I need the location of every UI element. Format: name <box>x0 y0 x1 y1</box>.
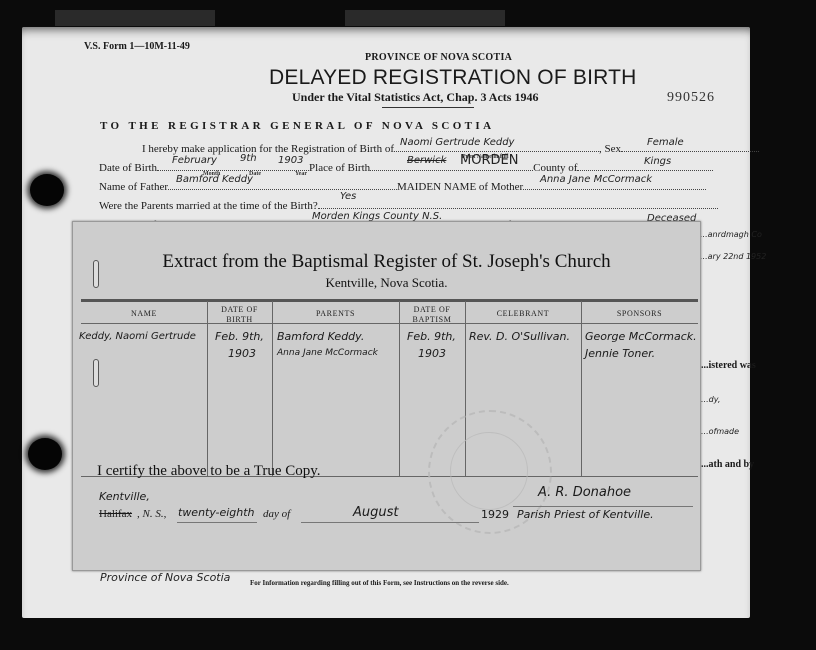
certified-day: twenty-eighth <box>178 504 255 521</box>
column-header-parents: PARENTS <box>272 309 399 319</box>
baptismal-extract-card: Extract from the Baptismal Register of S… <box>72 221 701 571</box>
place-struck: Halifax <box>99 506 132 523</box>
extract-subtitle: Kentville, Nova Scotia. <box>73 275 700 291</box>
column-divider <box>272 301 273 477</box>
cell-parents-father: Bamford Keddy. <box>277 328 364 345</box>
binder-hole-top <box>30 174 64 206</box>
margin-fragment-3: ...istered was <box>701 360 756 371</box>
province-heading: PROVINCE OF NOVA SCOTIA <box>365 52 512 63</box>
child-name-value: Naomi Gertrude Keddy <box>400 137 514 148</box>
form-title: DELAYED REGISTRATION OF BIRTH <box>269 66 637 90</box>
form-number: V.S. Form 1—10M-11-49 <box>84 41 190 52</box>
place-struck-value: Berwick <box>407 155 446 166</box>
father-label: Name of Father <box>99 181 168 193</box>
county-value: Kings <box>644 156 671 167</box>
mother-value: Anna Jane McCormack <box>540 174 652 185</box>
mother-label: MAIDEN NAME of Mother <box>397 181 523 193</box>
certify-statement: I certify the above to be a True Copy. <box>97 463 321 480</box>
scanner-edge-right <box>345 10 505 26</box>
cell-dob-line1: Feb. 9th, <box>215 328 264 345</box>
certified-month: August <box>353 504 399 521</box>
month-line <box>301 522 479 523</box>
place-label: Place of Birth <box>309 162 370 174</box>
column-header-date-of-baptism: DATE OF BAPTISM <box>399 305 465 325</box>
sex-label: , Sex <box>599 143 621 155</box>
dob-month-value: February <box>172 155 217 166</box>
dob-year-value: 1903 <box>278 155 303 166</box>
place-suffix: , N. S., <box>137 506 166 523</box>
paperclip-bottom <box>93 359 99 387</box>
column-header-date-of-birth: DATE OF BIRTH <box>207 305 272 325</box>
sex-value: Female <box>647 137 684 148</box>
column-divider <box>207 301 208 477</box>
column-divider <box>399 301 400 477</box>
cell-dob-line2: 1903 <box>228 345 256 362</box>
year-hint: Year <box>295 171 307 177</box>
day-of-label: day of <box>263 506 290 523</box>
column-header-celebrant: CELEBRANT <box>465 309 581 319</box>
title-rule <box>382 107 474 108</box>
cell-sponsor-2: Jennie Toner. <box>585 345 655 362</box>
form-subtitle: Under the Vital Statistics Act, Chap. 3 … <box>292 90 538 105</box>
signature: A. R. Donahoe <box>538 484 631 501</box>
father-value: Bamford Keddy <box>176 174 253 185</box>
margin-fragment-2: ...ary 22nd 1952 <box>700 252 766 261</box>
dob-label: Date of Birth <box>99 162 157 174</box>
binder-hole-bottom <box>28 438 62 470</box>
married-row: Were the Parents married at the time of … <box>99 197 718 212</box>
bottom-handwriting: Province of Nova Scotia <box>100 571 230 584</box>
column-header-name: NAME <box>81 309 207 319</box>
table-header-rule <box>81 323 698 324</box>
county-label: County of <box>533 162 577 174</box>
column-header-sponsors: SPONSORS <box>581 309 698 319</box>
cell-sponsor-1: George McCormack. <box>585 328 697 345</box>
place-value: MORDEN <box>460 153 518 168</box>
margin-fragment-6: ...ath and by <box>701 459 754 470</box>
scanner-edge-left <box>55 10 215 26</box>
margin-fragment-1: ...anrdmagh Co <box>700 230 762 239</box>
married-value: Yes <box>340 191 356 202</box>
cell-celebrant: Rev. D. O'Sullivan. <box>469 328 570 345</box>
certified-year: 1929 <box>481 506 509 523</box>
cell-baptism-line1: Feb. 9th, <box>407 328 456 345</box>
column-divider <box>581 301 582 477</box>
application-label: I hereby make application for the Regist… <box>142 143 394 155</box>
dob-date-value: 9th <box>240 153 257 164</box>
cell-baptism-line2: 1903 <box>418 345 446 362</box>
footer-note: For Information regarding filling out of… <box>250 579 509 587</box>
table-top-rule <box>81 299 698 302</box>
margin-fragment-4: ...dy, <box>701 395 720 404</box>
married-label: Were the Parents married at the time of … <box>99 200 318 212</box>
margin-fragment-5: ...ofmade <box>701 427 739 436</box>
place-handwritten: Kentville, <box>99 488 150 505</box>
signature-title: Parish Priest of Kentville. <box>517 506 654 523</box>
addressee: TO THE REGISTRAR GENERAL OF NOVA SCOTIA <box>100 120 494 132</box>
day-line <box>177 522 257 523</box>
cell-parents-mother: Anna Jane McCormack <box>277 345 378 362</box>
cell-name: Keddy, Naomi Gertrude <box>79 328 196 345</box>
extract-title: Extract from the Baptismal Register of S… <box>73 251 700 273</box>
serial-number: 990526 <box>667 90 715 106</box>
